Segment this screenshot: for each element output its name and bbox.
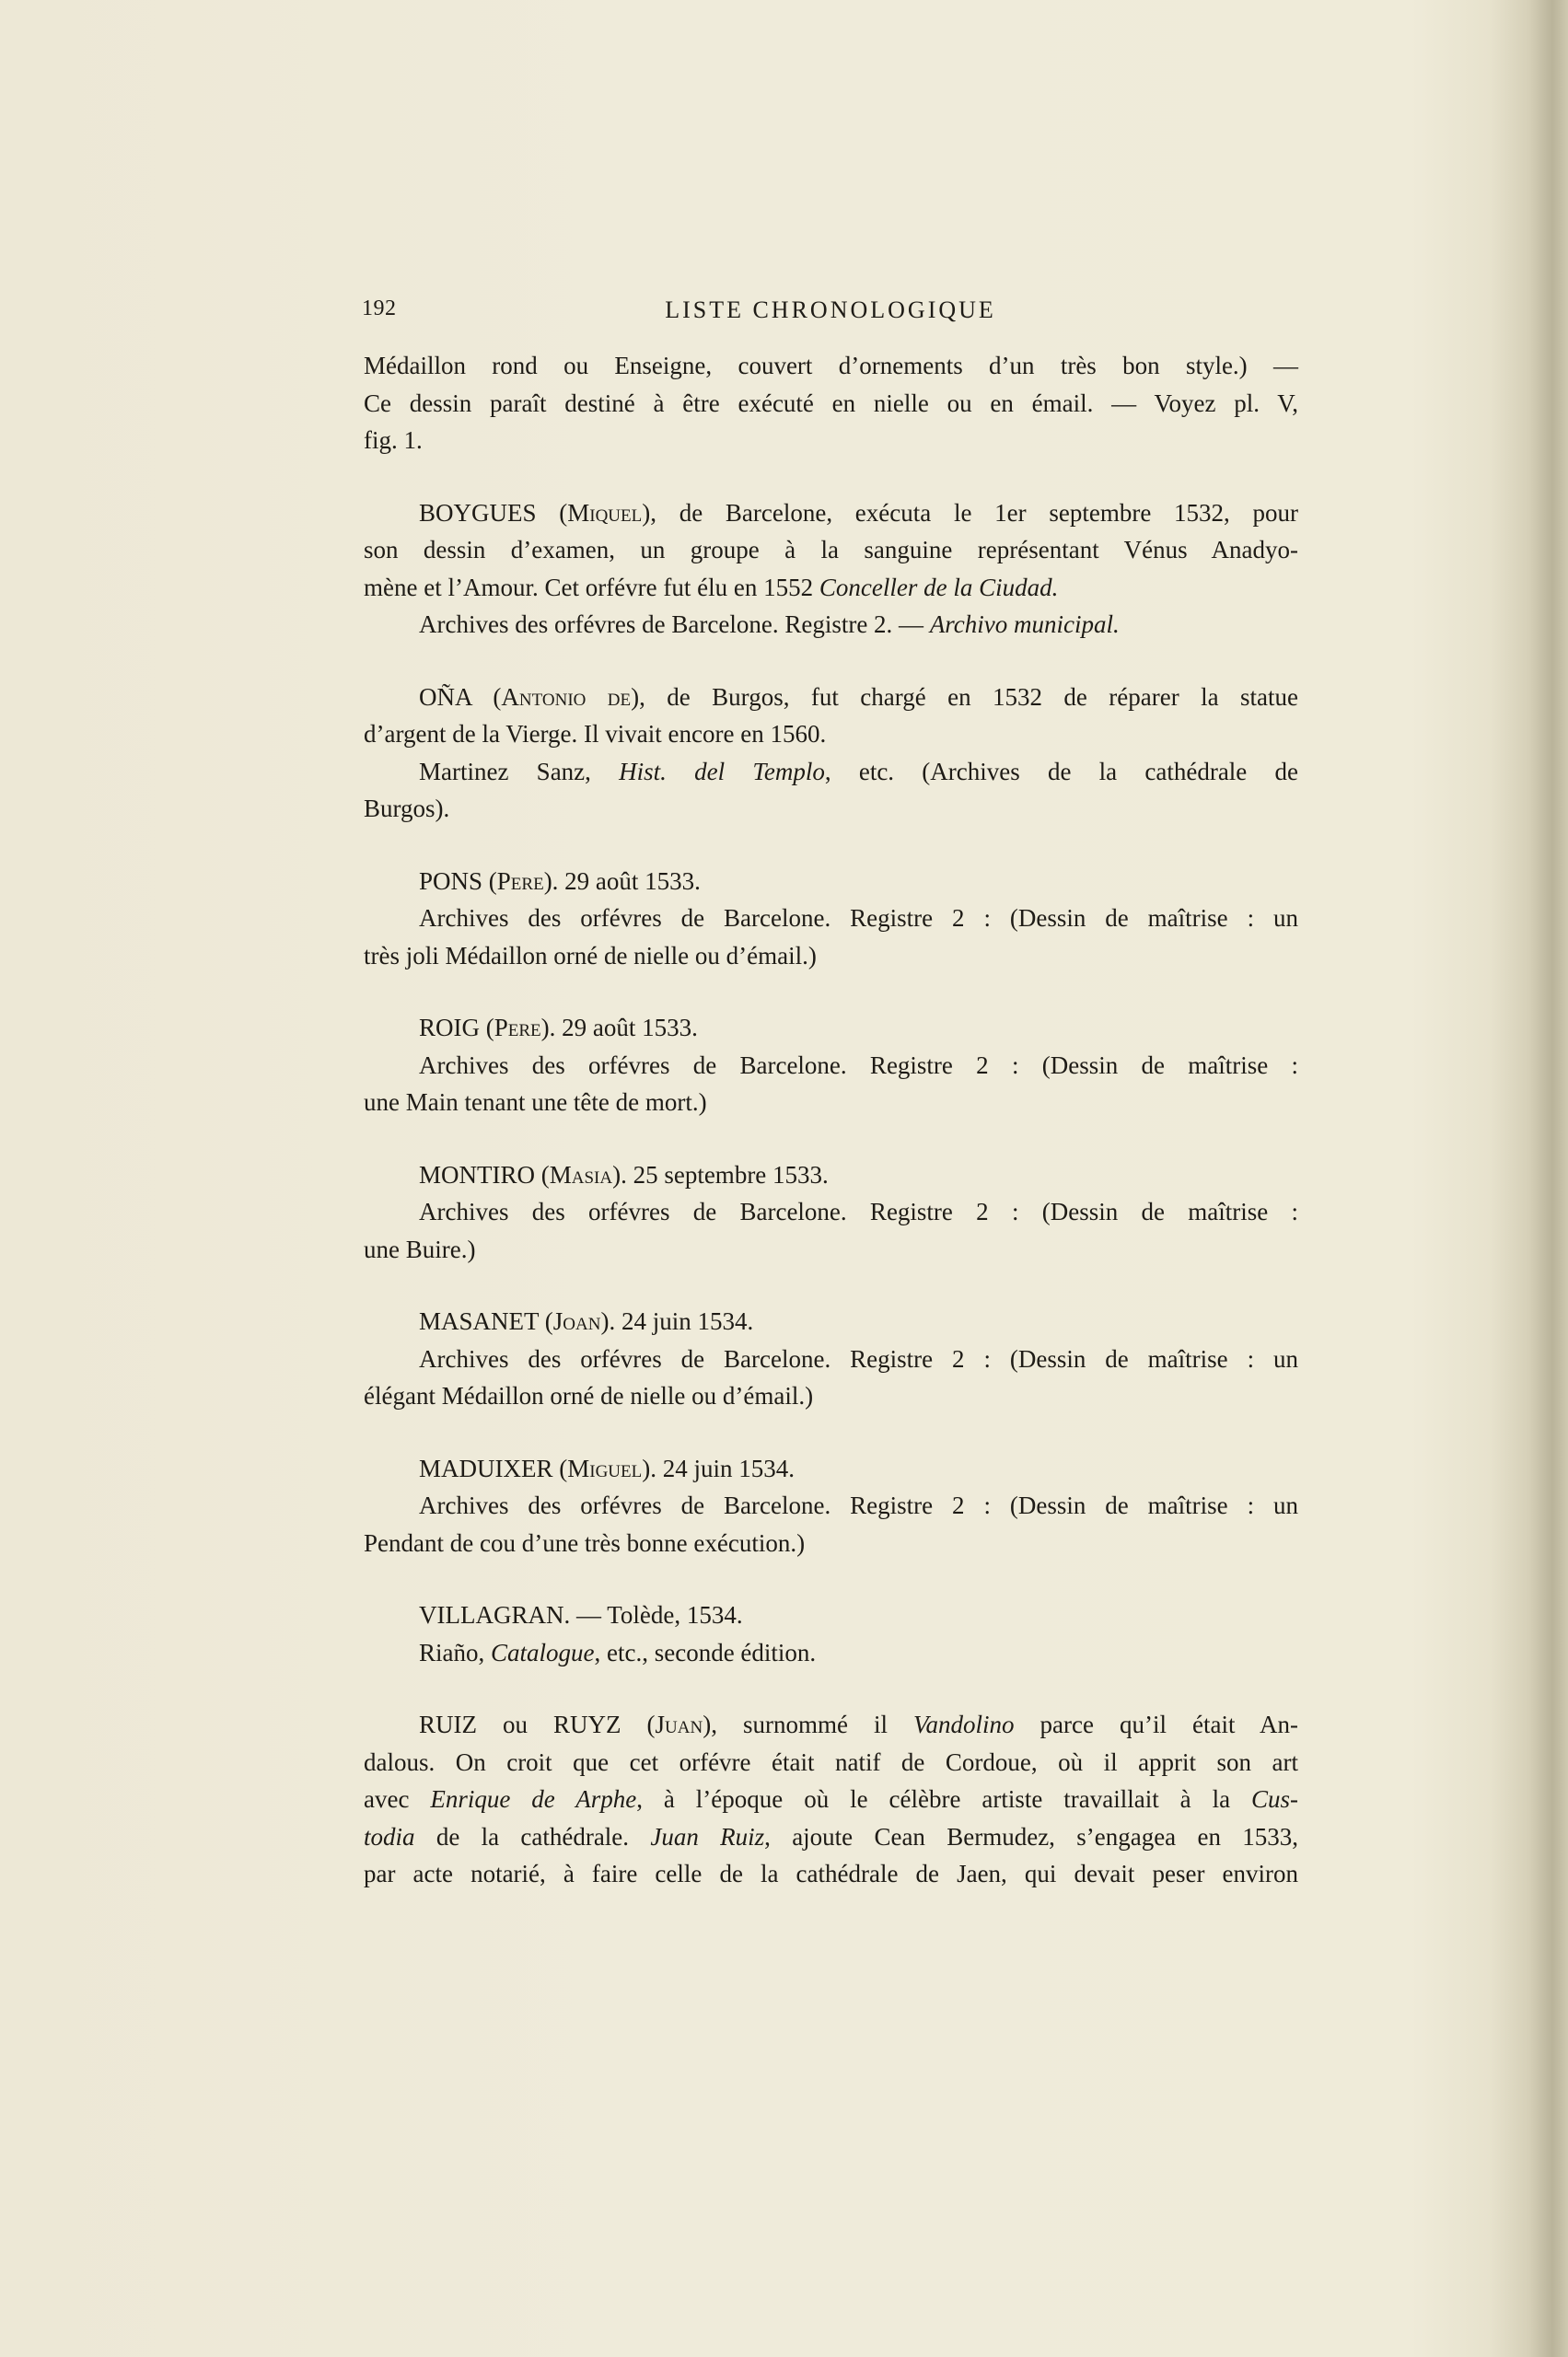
italic-source: Archivo municipal. xyxy=(930,610,1120,638)
entry-date: ). 25 septembre 1533. xyxy=(612,1161,829,1189)
book-page: 192 LISTE CHRONOLOGIQUE Médaillon rond o… xyxy=(0,0,1568,2357)
entry-given-name: Miquel xyxy=(567,499,642,527)
text-line: Burgos). xyxy=(364,790,1298,828)
entry-given-name: Joan xyxy=(553,1307,601,1335)
text-line: d’argent de la Vierge. Il vivait encore … xyxy=(364,715,1298,753)
entry-date: ). 29 août 1533. xyxy=(544,867,701,895)
entry-name: OÑA xyxy=(419,683,471,711)
text-line: dalous. On croit que cet orfévre était n… xyxy=(364,1744,1298,1782)
running-title: LISTE CHRONOLOGIQUE xyxy=(362,296,1299,324)
entry-given-name: Pere xyxy=(497,867,544,895)
text-line: très joli Médaillon orné de nielle ou d’… xyxy=(364,937,1298,975)
text-line: VILLAGRAN. — Tolède, 1534. xyxy=(364,1596,1298,1634)
text-line: MONTIRO (Masia). 25 septembre 1533. xyxy=(364,1156,1298,1194)
text-line: BOYGUES (Miquel), de Barcelone, exécuta … xyxy=(364,494,1298,532)
text-line: fig. 1. xyxy=(364,422,1298,459)
entry-date: ). 24 juin 1534. xyxy=(600,1307,753,1335)
entry-name: VILLAGRAN. xyxy=(419,1601,570,1629)
entry-roig: ROIG (Pere). 29 août 1533. Archives des … xyxy=(364,1009,1298,1121)
entry-name: RUIZ ou RUYZ xyxy=(419,1711,621,1738)
text-line: Archives des orfévres de Barcelone. Regi… xyxy=(364,606,1298,644)
entry-name: MONTIRO xyxy=(419,1161,535,1189)
italic-source: Hist. del Templo xyxy=(619,758,825,785)
entry-given-name: Miguel xyxy=(567,1455,642,1482)
entry-boygues: BOYGUES (Miquel), de Barcelone, exécuta … xyxy=(364,494,1298,644)
text-line: Archives des orfévres de Barcelone. Regi… xyxy=(364,900,1298,937)
text-line: Archives des orfévres de Barcelone. Regi… xyxy=(364,1193,1298,1231)
entry-name: MASANET xyxy=(419,1307,539,1335)
entry-given-name: Juan xyxy=(656,1711,703,1738)
continuation-paragraph: Médaillon rond ou Enseigne, couvert d’or… xyxy=(364,347,1298,459)
entry-name: PONS xyxy=(419,867,482,895)
text-line: ROIG (Pere). 29 août 1533. xyxy=(364,1009,1298,1047)
text-line: OÑA (Antonio de), de Burgos, fut chargé … xyxy=(364,679,1298,716)
running-head: 192 LISTE CHRONOLOGIQUE xyxy=(362,296,1299,333)
entry-villagran: VILLAGRAN. — Tolède, 1534. Riaño, Catalo… xyxy=(364,1596,1298,1671)
entry-name: ROIG xyxy=(419,1014,480,1041)
text-line: PONS (Pere). 29 août 1533. xyxy=(364,863,1298,900)
text-line: une Buire.) xyxy=(364,1231,1298,1269)
entry-masanet: MASANET (Joan). 24 juin 1534. Archives d… xyxy=(364,1303,1298,1415)
italic-title: Conceller de la Ciudad. xyxy=(819,574,1058,601)
entry-name: BOYGUES xyxy=(419,499,537,527)
text-line: mène et l’Amour. Cet orfévre fut élu en … xyxy=(364,569,1298,607)
entry-given-name: Antonio de xyxy=(501,683,631,711)
text-line: Archives des orfévres de Barcelone. Regi… xyxy=(364,1487,1298,1525)
text-line: Médaillon rond ou Enseigne, couvert d’or… xyxy=(364,347,1298,385)
entry-maduixer: MADUIXER (Miguel). 24 juin 1534. Archive… xyxy=(364,1450,1298,1562)
entry-date: ). 24 juin 1534. xyxy=(642,1455,795,1482)
entry-date: ). 29 août 1533. xyxy=(541,1014,698,1041)
text-line: son dessin d’examen, un groupe à la sang… xyxy=(364,531,1298,569)
entry-ona: OÑA (Antonio de), de Burgos, fut chargé … xyxy=(364,679,1298,828)
entry-given-name: Pere xyxy=(494,1014,541,1041)
text-line: todia de la cathédrale. Juan Ruiz, ajout… xyxy=(364,1818,1298,1856)
italic-source: Catalogue xyxy=(491,1639,595,1666)
text-line: Martinez Sanz, Hist. del Templo, etc. (A… xyxy=(364,753,1298,791)
entry-montiro: MONTIRO (Masia). 25 septembre 1533. Arch… xyxy=(364,1156,1298,1269)
entry-given-name: Masia xyxy=(550,1161,612,1189)
text-line: par acte notarié, à faire celle de la ca… xyxy=(364,1855,1298,1893)
text-line: Ce dessin paraît destiné à être exécuté … xyxy=(364,385,1298,423)
entry-date: — Tolède, 1534. xyxy=(570,1601,742,1629)
text-line: une Main tenant une tête de mort.) xyxy=(364,1084,1298,1121)
text-line: MADUIXER (Miguel). 24 juin 1534. xyxy=(364,1450,1298,1488)
entry-pons: PONS (Pere). 29 août 1533. Archives des … xyxy=(364,863,1298,975)
text-line: avec Enrique de Arphe, à l’époque où le … xyxy=(364,1781,1298,1818)
text-line: RUIZ ou RUYZ (Juan), surnommé il Vandoli… xyxy=(364,1706,1298,1744)
text-line: Pendant de cou d’une très bonne exécutio… xyxy=(364,1525,1298,1562)
text-line: Riaño, Catalogue, etc., seconde édition. xyxy=(364,1634,1298,1672)
entry-ruiz: RUIZ ou RUYZ (Juan), surnommé il Vandoli… xyxy=(364,1706,1298,1893)
body-text: Médaillon rond ou Enseigne, couvert d’or… xyxy=(364,347,1298,1893)
text-line: élégant Médaillon orné de nielle ou d’ém… xyxy=(364,1377,1298,1415)
entry-name: MADUIXER xyxy=(419,1455,553,1482)
text-line: MASANET (Joan). 24 juin 1534. xyxy=(364,1303,1298,1341)
text-line: Archives des orfévres de Barcelone. Regi… xyxy=(364,1341,1298,1378)
text-line: Archives des orfévres de Barcelone. Regi… xyxy=(364,1047,1298,1085)
